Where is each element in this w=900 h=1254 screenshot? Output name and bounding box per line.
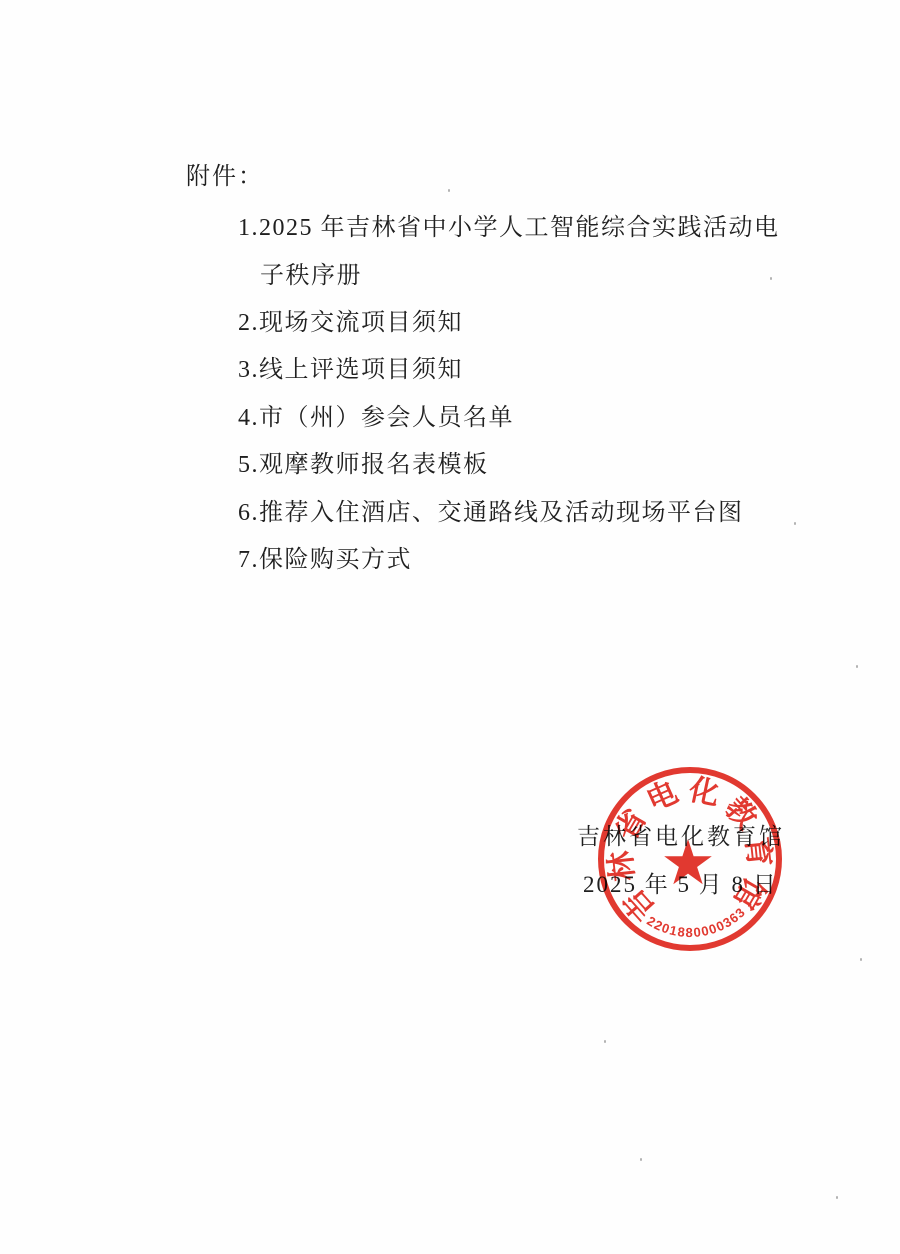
scan-speck bbox=[856, 665, 858, 668]
attachment-list-line-2: 2.现场交流项目须知 bbox=[238, 302, 463, 337]
scan-speck bbox=[770, 277, 772, 280]
signature-date: 2025 年 5 月 8 日 bbox=[583, 866, 778, 899]
scan-speck bbox=[836, 1196, 838, 1199]
scan-speck bbox=[640, 1158, 642, 1161]
seal-ring bbox=[601, 770, 779, 948]
attachment-label: 附件： bbox=[186, 156, 264, 191]
svg-text:2201880000363: 2201880000363 bbox=[643, 903, 751, 945]
attachment-list-line-5: 5.观摩教师报名表模板 bbox=[238, 444, 489, 479]
attachment-list-line-4: 4.市（州）参会人员名单 bbox=[238, 397, 514, 432]
signature-org-name: 吉林省电化教育馆 bbox=[577, 818, 785, 851]
seal-serial-number: 2201880000363 bbox=[643, 903, 751, 945]
attachment-list-line-1-continued: 子秩序册 bbox=[260, 255, 362, 290]
attachment-list-line-6: 6.推荐入住酒店、交通路线及活动现场平台图 bbox=[238, 492, 744, 527]
attachment-list-line-3: 3.线上评选项目须知 bbox=[238, 349, 463, 384]
scanned-document-page: 附件： 1.2025 年吉林省中小学人工智能综合实践活动电 子秩序册 2.现场交… bbox=[0, 0, 900, 1254]
official-seal: 吉 林 省 电 化 教 育 馆 2201880000363 bbox=[590, 759, 790, 959]
seal-ring-char: 化 bbox=[685, 773, 722, 812]
scan-speck bbox=[860, 958, 862, 961]
scan-speck bbox=[448, 189, 450, 192]
seal-ring-char: 电 bbox=[642, 776, 683, 818]
scan-speck bbox=[794, 522, 796, 525]
attachment-list-line-7: 7.保险购买方式 bbox=[238, 539, 412, 574]
scan-speck bbox=[604, 1040, 606, 1043]
attachment-list-line-1: 1.2025 年吉林省中小学人工智能综合实践活动电 bbox=[238, 207, 780, 242]
